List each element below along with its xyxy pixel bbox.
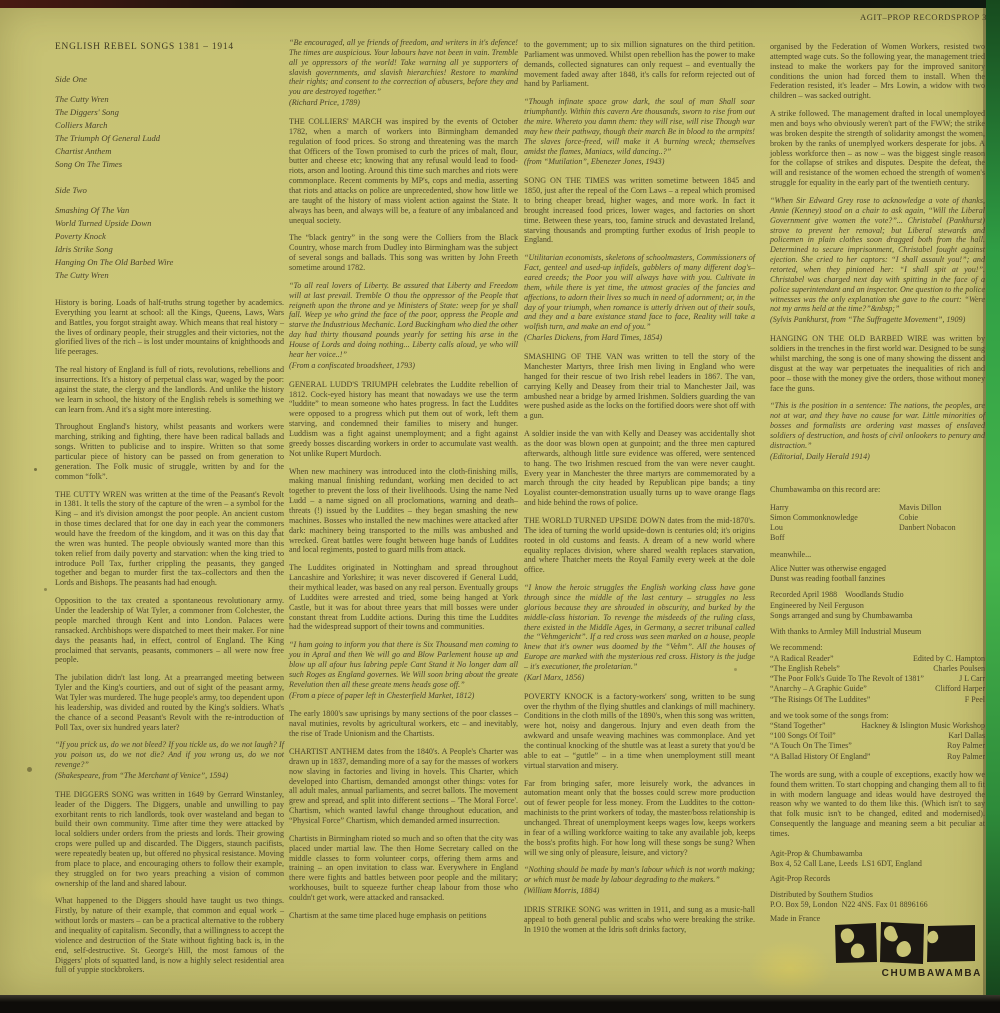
credit-line: Alice Nutter was otherwise engaged — [770, 564, 985, 574]
column-2: “Be encouraged, all ye friends of freedo… — [289, 38, 518, 929]
paragraph: The “black gentry” in the song were the … — [289, 233, 518, 272]
track-title: Chartist Anthem — [55, 145, 284, 158]
spacer — [55, 282, 284, 298]
quote-block: “When Sir Edward Grey rose to acknowledg… — [770, 196, 985, 314]
quote-attribution: (Sylvis Pankhurst, from “The Suffragette… — [770, 315, 985, 325]
paragraph: organised by the Federation of Women Wor… — [770, 42, 985, 101]
track-title: Poverty Knock — [55, 230, 284, 243]
quote-attribution: (William Morris, 1884) — [524, 886, 755, 896]
credit-author: J L Carr — [959, 674, 985, 684]
credit-line: Chumbawamba on this record are: — [770, 485, 985, 495]
credit-author: Roy Palmer — [947, 752, 985, 762]
credit-title: “The Risings Of The Luddites” — [770, 695, 965, 705]
paragraph: The real history of England is full of r… — [55, 365, 284, 414]
member-nickname: Simon Commonknowledge — [770, 513, 899, 523]
quote-attribution: (Richard Price, 1789) — [289, 98, 518, 108]
photo-top-edge — [0, 0, 1000, 8]
paragraph: POVERTY KNOCK is a factory-workers' song… — [524, 692, 755, 771]
quote-block: “To all real lovers of Liberty. Be assur… — [289, 281, 518, 360]
side-label: Side One — [55, 74, 284, 84]
paragraph: What happened to the Diggers should have… — [55, 896, 284, 975]
credit-author: Clifford Harper — [935, 684, 985, 694]
paragraph: IDRIS STRIKE SONG was written in 1911, a… — [524, 905, 755, 935]
credit-line: With thanks to Armley Mill Industrial Mu… — [770, 627, 985, 637]
quote-attribution: (Editorial, Daily Herald 1914) — [770, 452, 985, 462]
track-title: Idris Strike Song — [55, 243, 284, 256]
credit-line: We recommend: — [770, 643, 985, 653]
credit-title: “Anarchy – A Graphic Guide” — [770, 684, 935, 694]
credit-author: Hackney & Islington Music Workshop — [861, 721, 985, 731]
track-title: Song On The Times — [55, 158, 284, 171]
track-title: Colliers March — [55, 119, 284, 132]
track-title: Hanging On The Old Barbed Wire — [55, 256, 284, 269]
paragraph: A soldier inside the van with Kelly and … — [524, 429, 755, 508]
paragraph: SMASHING OF THE VAN was written to tell … — [524, 352, 755, 421]
paragraph: The words are sung, with a couple of exc… — [770, 770, 985, 839]
quote-attribution: (from “Mutilation”, Ebenezer Jones, 1943… — [524, 157, 755, 167]
column-1: ENGLISH REBEL SONGS 1381 – 1914Side OneT… — [55, 42, 284, 983]
photo-right-edge-green — [986, 0, 1000, 1013]
quote-attribution: (Karl Marx, 1856) — [524, 673, 755, 683]
member-name: Mavis Dillon — [899, 503, 985, 513]
credit-author: Roy Palmer — [947, 741, 985, 751]
quote-block: “This is the position in a sentence: The… — [770, 401, 985, 450]
credit-title: “A Ballad History Of England” — [770, 752, 947, 762]
credit-title: “100 Songs Of Toil” — [770, 731, 948, 741]
credit-line: meanwhile... — [770, 550, 985, 560]
chumbawamba-wordmark: CHUMBAWAMBA — [882, 968, 982, 979]
band-member-row: Boff — [770, 533, 985, 543]
credit-line: and we took some of the songs from: — [770, 711, 985, 721]
paragraph: The early 1800's saw uprisings by many s… — [289, 709, 518, 739]
track-title: The Diggers' Song — [55, 106, 284, 119]
paragraph: A strike followed. The management drafte… — [770, 109, 985, 188]
chumbawamba-logo — [835, 922, 975, 964]
member-nickname: Harry — [770, 503, 899, 513]
quote-block: “Nothing should be made by man's labour … — [524, 865, 755, 885]
quote-block: “Though infinate space grow dark, the so… — [524, 97, 755, 156]
paragraph: Throughout England's history, whilst pea… — [55, 422, 284, 481]
credit-pair: “100 Songs Of Toil”Karl Dallas — [770, 731, 985, 741]
paragraph: When new machinery was introduced into t… — [289, 467, 518, 556]
member-name: Danbert Nobacon — [899, 523, 985, 533]
credit-title: “The Poor Folk's Guide To The Revolt of … — [770, 674, 959, 684]
member-nickname: Boff — [770, 533, 899, 543]
credit-pair: “Anarchy – A Graphic Guide”Clifford Harp… — [770, 684, 985, 694]
credit-line: Agit-Prop Records — [770, 874, 985, 884]
credit-pair: “The Poor Folk's Guide To The Revolt of … — [770, 674, 985, 684]
credit-line: Distributed by Southern Studios — [770, 890, 985, 900]
paragraph: SONG ON THE TIMES was written sometime b… — [524, 176, 755, 245]
spacer — [770, 762, 985, 770]
band-member-row: LouDanbert Nobacon — [770, 523, 985, 533]
member-name: Cobie — [899, 513, 985, 523]
paper-speck — [34, 468, 37, 471]
credit-pair: “A Touch On The Times”Roy Palmer — [770, 741, 985, 751]
masthead: AGIT–PROP RECORDS PROP 3 — [860, 12, 986, 22]
paragraph: THE CUTTY WREN was written at the time o… — [55, 490, 284, 589]
credit-line: Songs arranged and sung by Chumbawamba — [770, 611, 985, 621]
album-title: ENGLISH REBEL SONGS 1381 – 1914 — [55, 42, 284, 52]
track-title: Smashing Of The Van — [55, 204, 284, 217]
credit-line: Dunst was reading football fanzines — [770, 574, 985, 584]
credit-pair: “The English Rebels”Charles Poulsen — [770, 664, 985, 674]
spacer — [770, 495, 985, 503]
credit-author: F Peel — [965, 695, 985, 705]
quote-block: “Utilitarian economists, skeletons of sc… — [524, 253, 755, 332]
credit-pair: “A Radical Reader”Edited by C. Hampton — [770, 654, 985, 664]
quote-block: “If you prick us, do we not bleed? If yo… — [55, 740, 284, 770]
quote-attribution: (Charles Dickens, from Hard Times, 1854) — [524, 333, 755, 343]
catalog-number: PROP 3 — [956, 12, 987, 22]
credit-line: Engineered by Neil Ferguson — [770, 601, 985, 611]
column-3: to the government; up to six million sig… — [524, 40, 755, 943]
credit-author: Edited by C. Hampton — [913, 654, 985, 664]
paragraph: GENERAL LUDD'S TRIUMPH celebrates the Lu… — [289, 380, 518, 459]
quote-block: “I know the heroic struggles the English… — [524, 583, 755, 672]
spacer — [770, 471, 985, 485]
paragraph: HANGING ON THE OLD BARBED WIRE was writt… — [770, 334, 985, 393]
credit-title: “Stand Together” — [770, 721, 861, 731]
paragraph: The jubilation didn't last long. At a pr… — [55, 673, 284, 732]
paragraph: Opposition to the tax created a spontane… — [55, 596, 284, 665]
quote-attribution: (Shakespeare, from “The Merchant of Veni… — [55, 771, 284, 781]
paragraph: THE WORLD TURNED UPSIDE DOWN dates from … — [524, 516, 755, 575]
credit-line: Recorded April 1988 Woodlands Studio — [770, 590, 985, 600]
credit-title: “A Radical Reader” — [770, 654, 913, 664]
credit-author: Charles Poulsen — [933, 664, 985, 674]
credit-author: Karl Dallas — [948, 731, 985, 741]
credit-pair: “The Risings Of The Luddites”F Peel — [770, 695, 985, 705]
credit-title: “A Touch On The Times” — [770, 741, 947, 751]
paragraph: The Luddites originated in Nottingham an… — [289, 563, 518, 632]
credit-pair: “A Ballad History Of England”Roy Palmer — [770, 752, 985, 762]
credit-line: Box 4, 52 Call Lane, Leeds LS1 6DT, Engl… — [770, 859, 985, 869]
quote-attribution: (From a piece of paper left in Chesterfi… — [289, 691, 518, 701]
credit-line: Agit-Prop & Chumbawamba — [770, 849, 985, 859]
column-4-credits: organised by the Federation of Women Wor… — [770, 42, 985, 924]
credit-pair: “Stand Together”Hackney & Islington Musi… — [770, 721, 985, 731]
paragraph: History is boring. Loads of half-truths … — [55, 298, 284, 357]
side-label: Side Two — [55, 185, 284, 195]
credit-line: P.O. Box 59, London N22 4NS. Fax 01 8896… — [770, 900, 985, 910]
paragraph: CHARTIST ANTHEM dates from the 1840's. A… — [289, 747, 518, 826]
quote-attribution: (From a confiscated broadsheet, 1793) — [289, 361, 518, 371]
member-name — [899, 533, 985, 543]
track-title: World Turned Upside Down — [55, 217, 284, 230]
track-title: The Triumph Of General Ludd — [55, 132, 284, 145]
band-member-row: Simon CommonknowledgeCobie — [770, 513, 985, 523]
quote-block: “I ham going to inform you that there is… — [289, 640, 518, 689]
photo-bottom-edge — [0, 995, 1000, 1013]
track-title: The Cutty Wren — [55, 93, 284, 106]
paragraph: to the government; up to six million sig… — [524, 40, 755, 89]
paragraph: Chartism at the same time placed huge em… — [289, 911, 518, 921]
photo-of-record-sleeve: { "masthead": { "label": "AGIT–PROP RECO… — [0, 0, 1000, 1013]
quote-block: “Be encouraged, all ye friends of freedo… — [289, 38, 518, 97]
paragraph: Chartists in Birmingham rioted so much a… — [289, 834, 518, 903]
track-title: The Cutty Wren — [55, 269, 284, 282]
label-name: AGIT–PROP RECORDS — [860, 12, 956, 22]
paragraph: THE DIGGERS SONG was written in 1649 by … — [55, 790, 284, 889]
member-nickname: Lou — [770, 523, 899, 533]
credit-title: “The English Rebels” — [770, 664, 933, 674]
band-member-row: HarryMavis Dillon — [770, 503, 985, 513]
paragraph: THE COLLIERS' MARCH was inspired by the … — [289, 117, 518, 225]
paragraph: Far from bringing safer, more leisurely … — [524, 779, 755, 858]
